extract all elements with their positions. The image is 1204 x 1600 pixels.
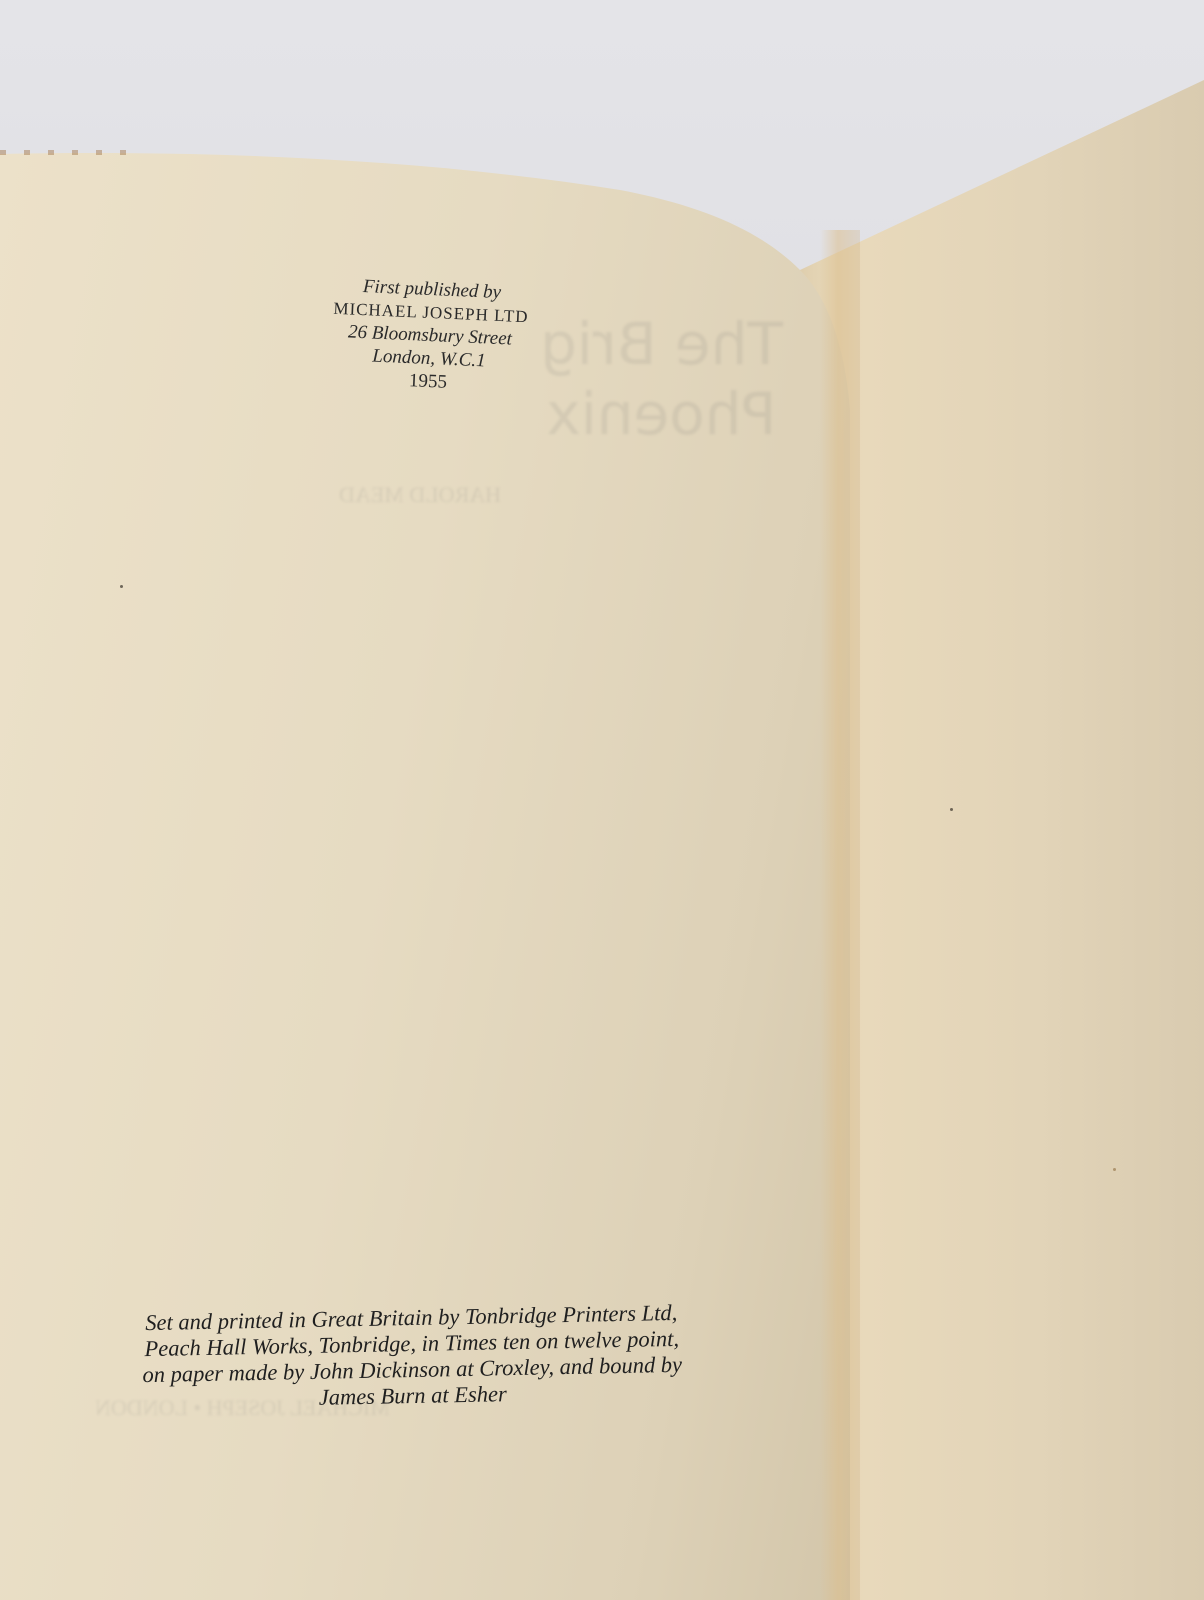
printer-colophon: Set and printed in Great Britain by Tonb…	[81, 1299, 743, 1416]
publisher-imprint: First published by MICHAEL JOSEPH LTD 26…	[298, 272, 563, 398]
paper-speck	[950, 808, 953, 811]
show-through-title: The Brig Phoenix	[540, 310, 783, 449]
photo-scene: The Brig Phoenix HAROLD MEAD MICHAEL JOS…	[0, 0, 1204, 1600]
paper-speck	[120, 585, 123, 588]
paper-speck	[1113, 1168, 1116, 1171]
show-through-text: HAROLD MEAD	[240, 470, 600, 521]
book-gutter	[820, 230, 860, 1600]
page-edge-foxing	[0, 150, 130, 155]
